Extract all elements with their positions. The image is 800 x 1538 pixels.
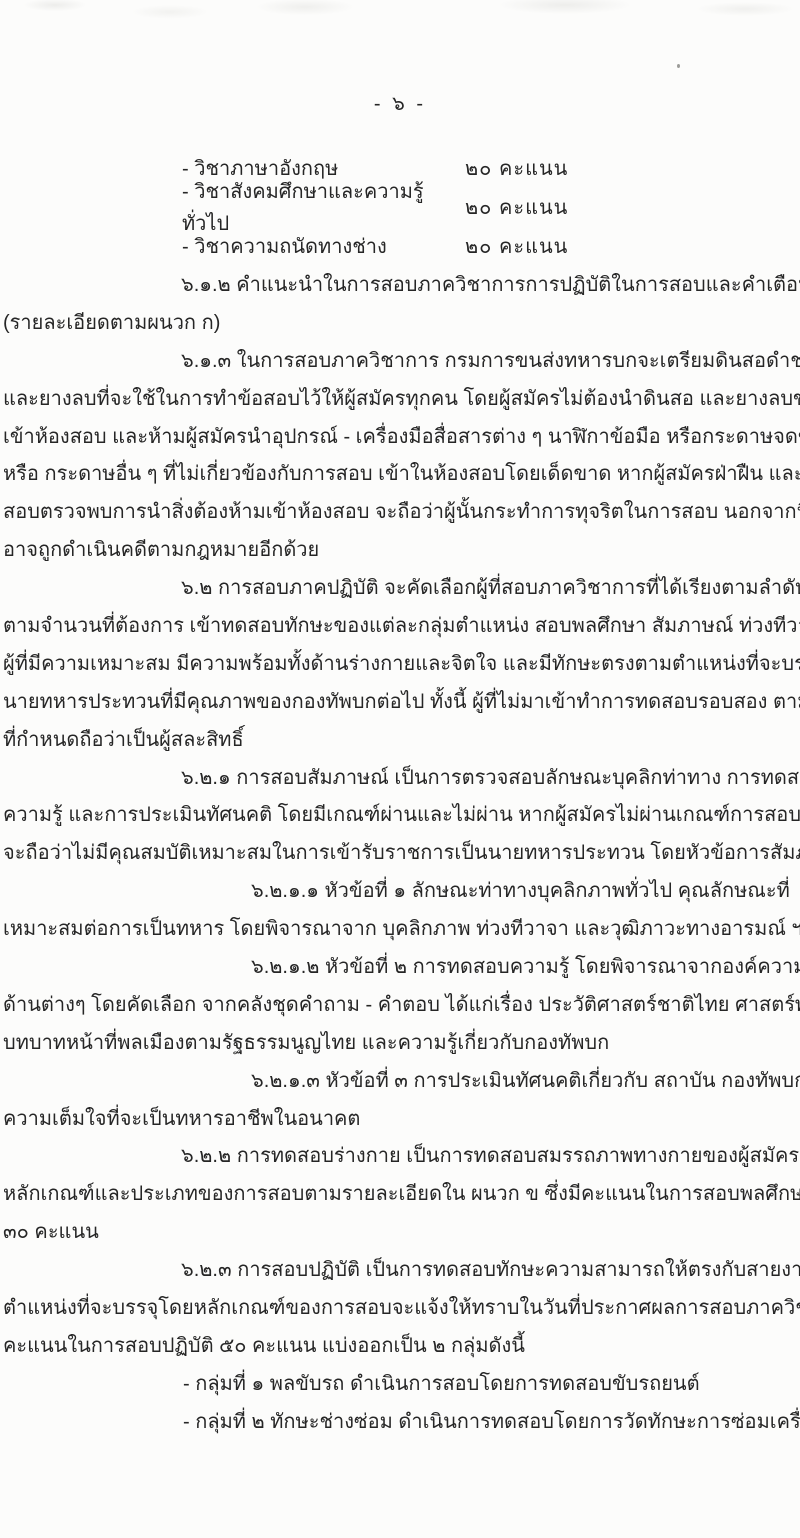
text-line: ด้านต่างๆ โดยคัดเลือก จากคลังชุดคำถาม - … [0, 987, 800, 1025]
text-line: - กลุ่มที่ ๒ ทักษะช่างซ่อม ดำเนินการทดสอ… [0, 1404, 800, 1442]
text-line: จะถือว่าไม่มีคุณสมบัติเหมาะสมในการเข้ารั… [0, 835, 800, 873]
text-line: ที่กำหนดถือว่าเป็นผู้สละสิทธิ์ [0, 722, 800, 760]
document-lines: ๖.๑.๒ คำแนะนำในการสอบภาควิชาการการปฏิบัต… [0, 267, 800, 1442]
text-line: สอบตรวจพบการนำสิ่งต้องห้ามเข้าห้องสอบ จะ… [0, 494, 800, 532]
page-number: - ๖ - [0, 90, 800, 118]
text-line: และยางลบที่จะใช้ในการทำข้อสอบไว้ให้ผู้สม… [0, 381, 800, 419]
text-line: เข้าห้องสอบ และห้ามผู้สมัครนำอุปกรณ์ - เ… [0, 419, 800, 457]
text-line: นายทหารประทวนที่มีคุณภาพของกองทัพบกต่อไป… [0, 684, 800, 722]
text-line: ตามจำนวนที่ต้องการ เข้าทดสอบทักษะของแต่ล… [0, 608, 800, 646]
text-line: ความเต็มใจที่จะเป็นทหารอาชีพในอนาคต [0, 1101, 800, 1139]
subject-label: - วิชาความถนัดทางช่าง [182, 230, 465, 262]
scan-speck [712, 1416, 715, 1419]
text-line: คะแนนในการสอบปฏิบัติ ๕๐ คะแนน แบ่งออกเป็… [0, 1328, 800, 1366]
text-line: อาจถูกดำเนินคดีตามกฎหมายอีกด้วย [0, 532, 800, 570]
text-line: - กลุ่มที่ ๑ พลขับรถ ดำเนินการสอบโดยการท… [0, 1366, 800, 1404]
text-line: ๖.๒.๓ การสอบปฏิบัติ เป็นการทดสอบทักษะควา… [0, 1252, 800, 1290]
text-line: ๖.๒.๑ การสอบสัมภาษณ์ เป็นการตรวจสอบลักษณ… [0, 760, 800, 798]
text-line: ๓๐ คะแนน [0, 1214, 800, 1252]
scanned-document-page: - ๖ - - วิชาภาษาอังกฤษ๒๐ คะแนน- วิชาสังค… [0, 0, 800, 1538]
text-line: ผู้ที่มีความเหมาะสม มีความพร้อมทั้งด้านร… [0, 646, 800, 684]
subject-score: ๒๐ คะแนน [465, 152, 568, 184]
scan-speck [677, 64, 680, 68]
text-line: ๖.๑.๒ คำแนะนำในการสอบภาควิชาการการปฏิบัต… [0, 267, 800, 305]
scan-noise-band [0, 0, 800, 30]
text-line: ๖.๒.๑.๒ หัวข้อที่ ๒ การทดสอบความรู้ โดยพ… [0, 949, 800, 987]
text-line: หลักเกณฑ์และประเภทของการสอบตามรายละเอียด… [0, 1176, 800, 1214]
subject-score-row: - วิชาสังคมศึกษาและความรู้ทั่วไป๒๐ คะแนน [182, 187, 800, 226]
text-line: ตำแหน่งที่จะบรรจุโดยหลักเกณฑ์ของการสอบจะ… [0, 1290, 800, 1328]
text-line: ๖.๒.๒ การทดสอบร่างกาย เป็นการทดสอบสมรรถภ… [0, 1138, 800, 1176]
text-line: ๖.๒.๑.๓ หัวข้อที่ ๓ การประเมินทัศนคติเกี… [0, 1063, 800, 1101]
text-line: ๖.๑.๓ ในการสอบภาควิชาการ กรมการขนส่งทหาร… [0, 343, 800, 381]
text-line: ๖.๒ การสอบภาคปฏิบัติ จะคัดเลือกผู้ที่สอบ… [0, 570, 800, 608]
subject-score: ๒๐ คะแนน [465, 191, 568, 223]
subject-score-list: - วิชาภาษาอังกฤษ๒๐ คะแนน- วิชาสังคมศึกษา… [182, 148, 800, 265]
text-line: (รายละเอียดตามผนวก ก) [0, 305, 800, 343]
subject-score: ๒๐ คะแนน [465, 230, 568, 262]
text-line: ความรู้ และการประเมินทัศนคติ โดยมีเกณฑ์ผ… [0, 797, 800, 835]
text-line: ๖.๒.๑.๑ หัวข้อที่ ๑ ลักษณะท่าทางบุคลิกภา… [0, 873, 800, 911]
text-line: หรือ กระดาษอื่น ๆ ที่ไม่เกี่ยวข้องกับการ… [0, 456, 800, 494]
subject-score-row: - วิชาความถนัดทางช่าง๒๐ คะแนน [182, 226, 800, 265]
text-line: บทบาทหน้าที่พลเมืองตามรัฐธรรมนูญไทย และค… [0, 1025, 800, 1063]
text-line: เหมาะสมต่อการเป็นทหาร โดยพิจารณาจาก บุคล… [0, 911, 800, 949]
